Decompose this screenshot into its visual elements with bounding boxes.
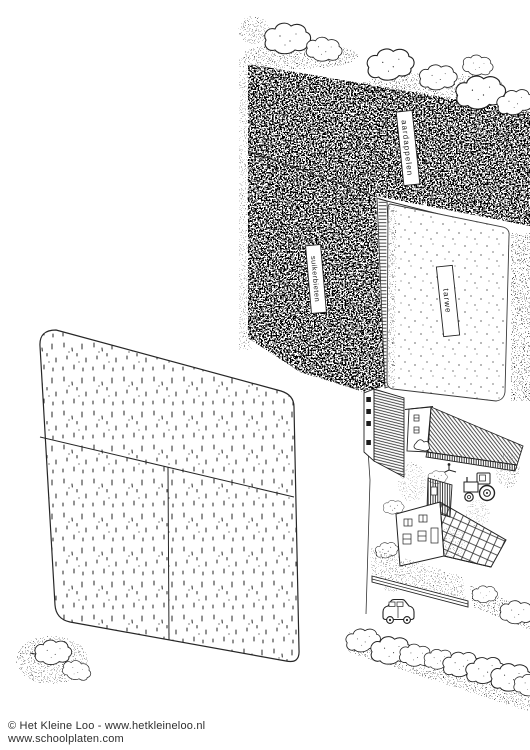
right-edge-scrub <box>511 233 530 401</box>
bushes-bottom-row <box>345 627 530 712</box>
roadside-scrub-right <box>470 585 530 630</box>
tractor <box>464 473 495 501</box>
farm-illustration: aardappelen suikerbieten tarwe <box>0 0 530 750</box>
car <box>383 600 414 624</box>
bush <box>420 65 458 90</box>
pasture-outline <box>40 330 299 662</box>
credit-line-1: © Het Kleine Loo - www.hetkleineloo.nl <box>8 720 205 733</box>
credit-line-2: www.schoolplaten.com <box>8 733 124 746</box>
bush <box>461 53 494 78</box>
bush <box>383 500 404 514</box>
long-farmhouse <box>405 407 523 472</box>
bush <box>265 23 311 54</box>
barn <box>364 389 404 477</box>
pasture <box>40 330 299 662</box>
pasture-bushes <box>16 636 93 684</box>
weather-vane <box>443 464 456 473</box>
coloring-page: aardappelen suikerbieten tarwe <box>0 0 530 750</box>
